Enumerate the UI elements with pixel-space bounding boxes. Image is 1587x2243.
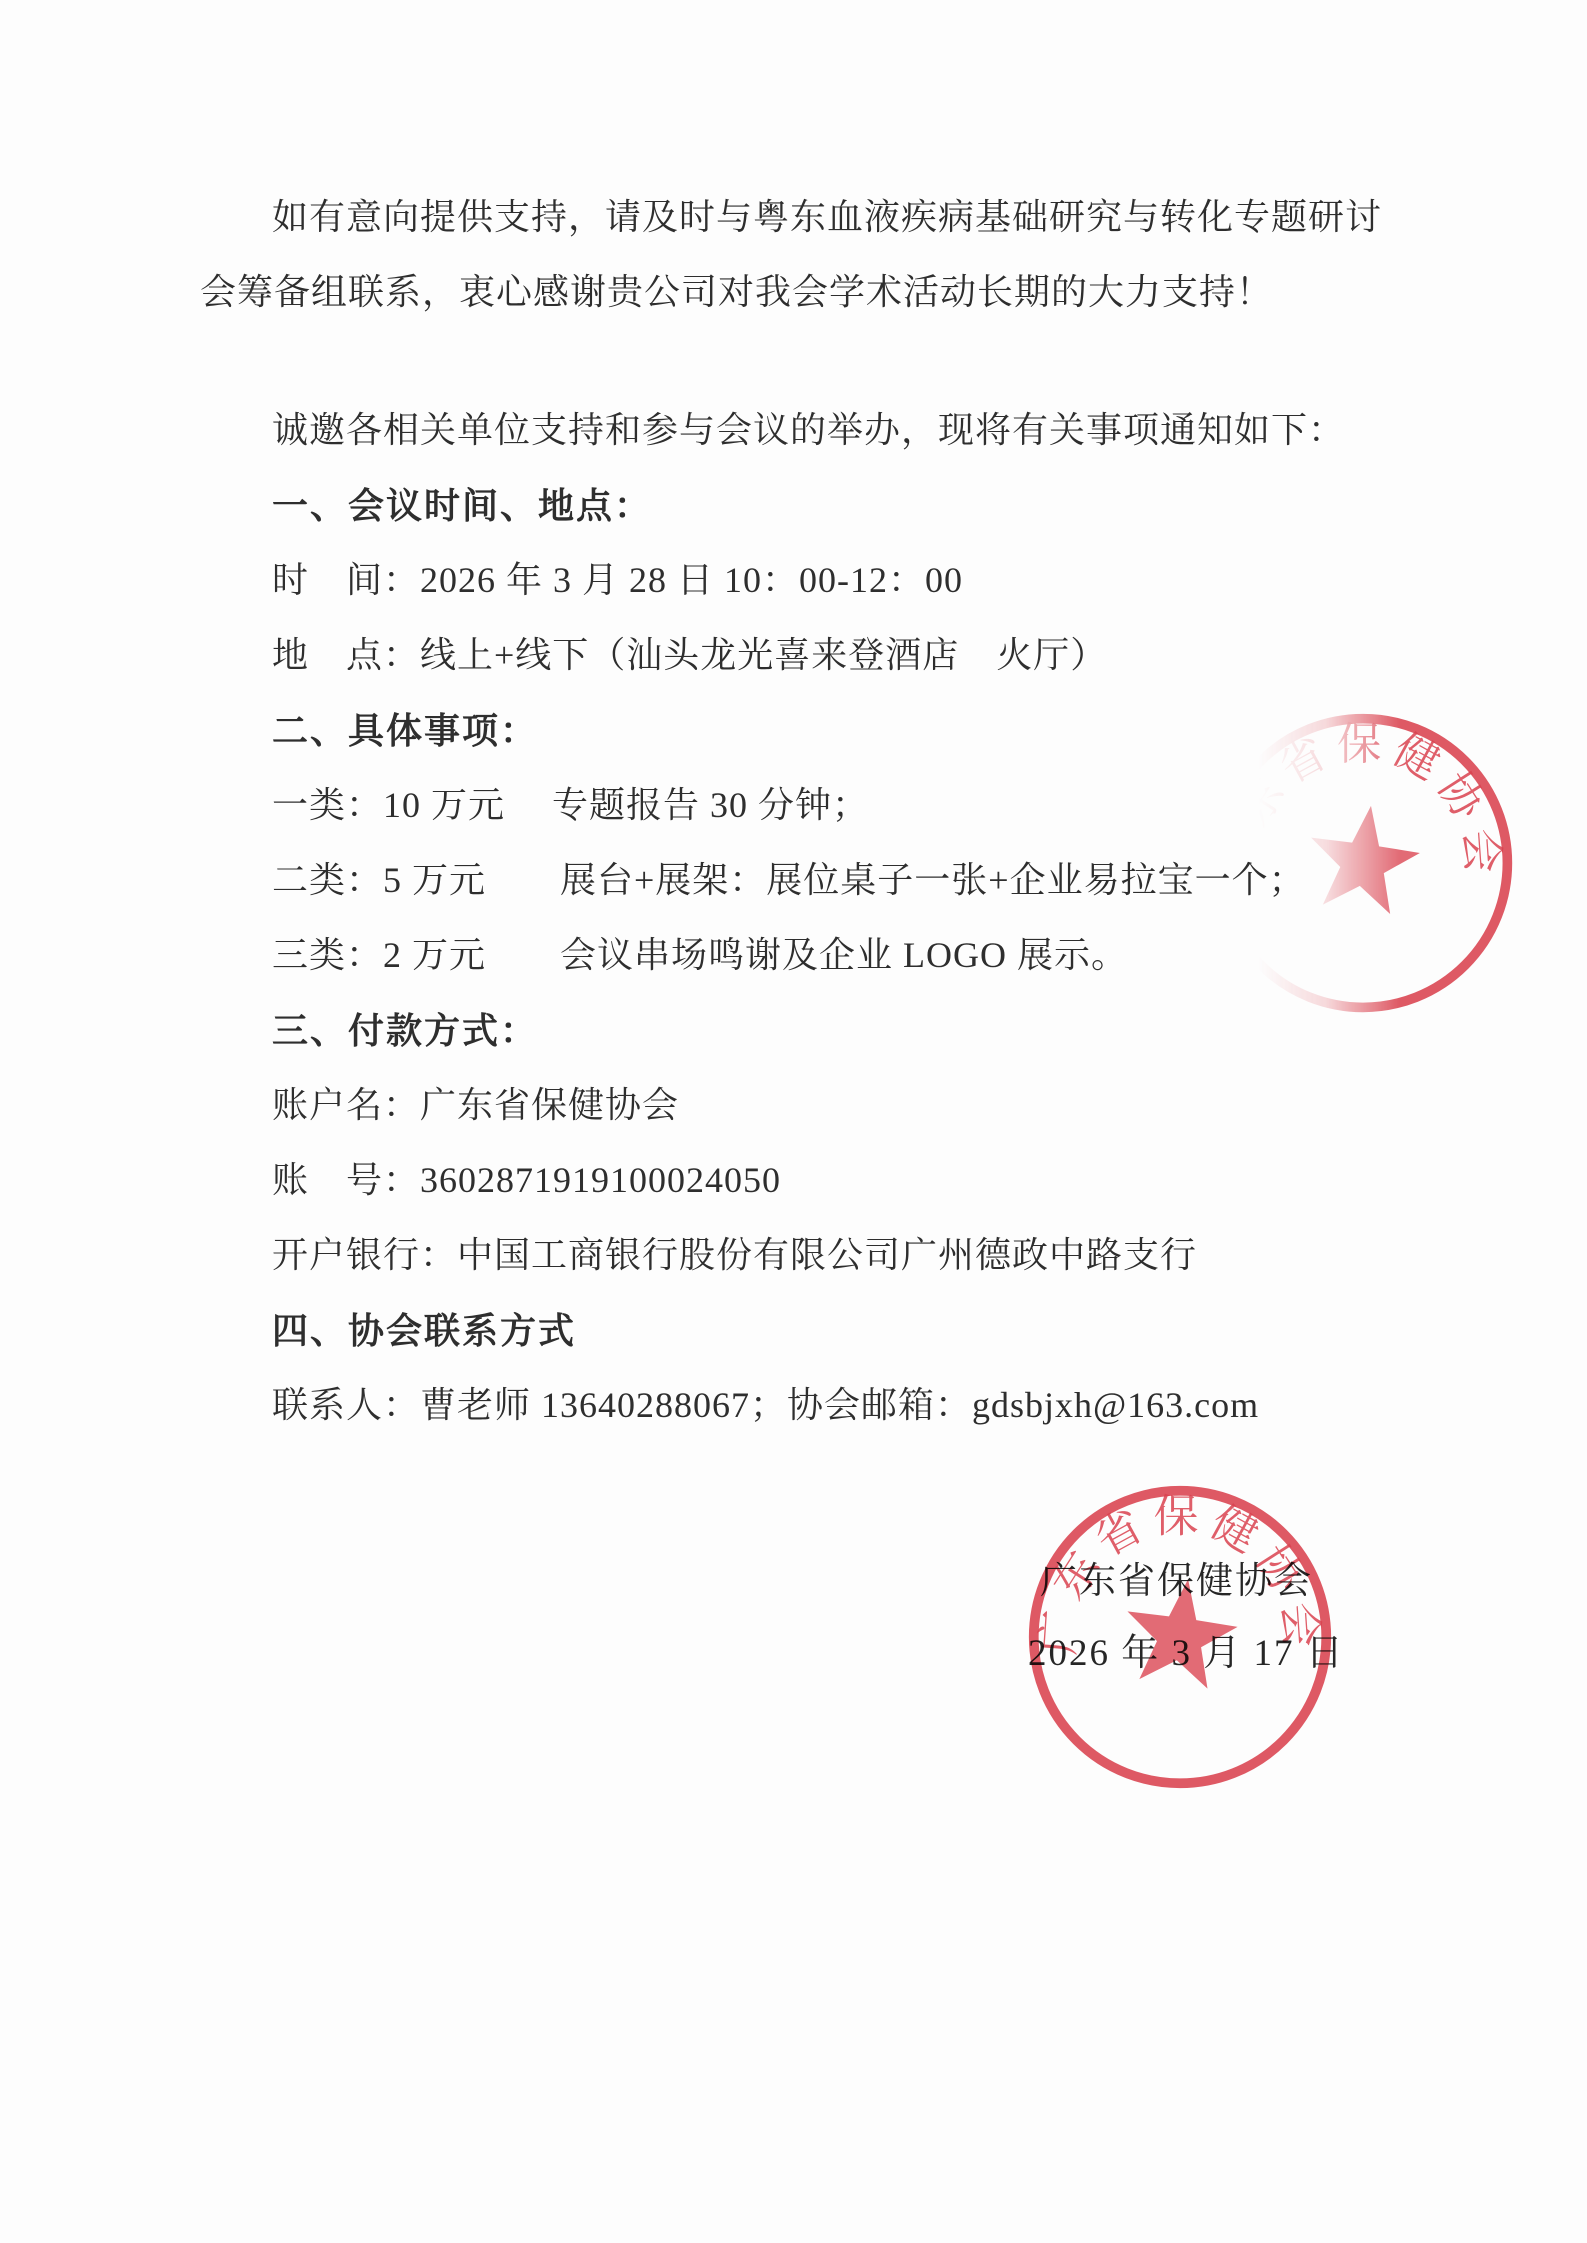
account-number-line: 账 号：3602871919100024050 xyxy=(200,1143,1415,1218)
letter-body: 如有意向提供支持，请及时与粤东血液疾病基础研究与转化专题研讨 会筹备组联系，衷心… xyxy=(200,180,1415,1443)
section-heading-4: 四、协会联系方式 xyxy=(200,1293,1415,1368)
text-line: 诚邀各相关单位支持和参与会议的举办，现将有关事项通知如下： xyxy=(200,393,1415,468)
bank-line: 开户银行：中国工商银行股份有限公司广州德政中路支行 xyxy=(200,1218,1415,1293)
section-heading-1: 一、会议时间、地点： xyxy=(200,468,1415,543)
text-line: 会筹备组联系，衷心感谢贵公司对我会学术活动长期的大力支持！ xyxy=(200,255,1415,330)
contact-line: 联系人：曹老师 13640288067；协会邮箱：gdsbjxh@163.com xyxy=(200,1368,1415,1443)
section-heading-2: 二、具体事项： xyxy=(200,693,1415,768)
signature-org: 广东省保健协会 xyxy=(1040,1550,1313,1604)
text-line: 如有意向提供支持，请及时与粤东血液疾病基础研究与转化专题研讨 xyxy=(200,180,1415,255)
tier-1-line: 一类：10 万元 专题报告 30 分钟； xyxy=(200,768,1415,843)
account-name-line: 账户名：广东省保健协会 xyxy=(200,1068,1415,1143)
section-heading-3: 三、付款方式： xyxy=(200,993,1415,1068)
signature-date: 2026 年 3 月 17 日 xyxy=(1028,1622,1345,1676)
meeting-time-line: 时 间：2026 年 3 月 28 日 10：00-12：00 xyxy=(200,543,1415,618)
tier-3-line: 三类：2 万元 会议串场鸣谢及企业 LOGO 展示。 xyxy=(200,918,1415,993)
tier-2-line: 二类：5 万元 展台+展架：展位桌子一张+企业易拉宝一个； xyxy=(200,843,1415,918)
meeting-place-line: 地 点：线上+线下（汕头龙光喜来登酒店 火厅） xyxy=(200,618,1415,693)
document-page: 如有意向提供支持，请及时与粤东血液疾病基础研究与转化专题研讨 会筹备组联系，衷心… xyxy=(0,0,1587,2243)
